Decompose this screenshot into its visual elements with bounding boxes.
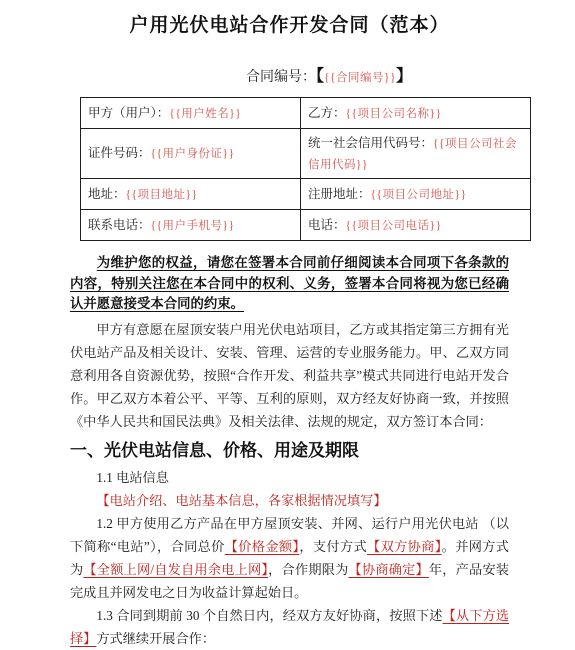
table-row-phones: 联系电话：{{用户手机号}} 电话：{{项目公司电话}} [81,210,531,241]
company-phone-label: 电话： [308,218,346,232]
fill-in-placeholder: {{项目公司名称}} [346,108,442,120]
cell-company-phone: 电话：{{项目公司电话}} [301,210,531,241]
document-title: 户用光伏电站合作开发合同（范本） [70,12,509,40]
cell-id-number: 证件号码：{{用户身份证}} [81,129,301,179]
contact-phone-label: 联系电话： [88,218,151,232]
preamble-paragraph: 甲方有意愿在屋顶安装户用光伏电站项目，乙方或其指定第三方拥有光伏电站产品及相关设… [70,318,509,433]
clause-text: ，合作期限为 [268,562,348,577]
fill-in-placeholder: {{用户姓名}} [169,108,241,120]
cell-credit-code: 统一社会信用代码号：{{项目公司社会信用代码}} [301,129,531,179]
clause-1-2: 1.2 甲方使用乙方产品在甲方屋顶安装、并网、运行户用光伏电站 （以下简称“电站… [70,512,509,604]
fill-in-placeholder: {{用户身份证}} [151,148,235,160]
clause-text: 方式继续开展合作： [96,631,215,646]
clause-1-1: 1.1 电站信息 [70,466,509,489]
credit-code-label: 统一社会信用代码号： [308,136,433,150]
fill-in-placeholder: {{用户手机号}} [151,220,235,232]
contract-number-line: 合同编号：【{{合同编号}}】 [246,67,509,88]
clause-text: ，支付方式 [299,539,367,554]
cell-party-b: 乙方：{{项目公司名称}} [301,98,531,129]
cell-address: 地址：{{项目地址}} [81,179,301,210]
cell-contact-phone: 联系电话：{{用户手机号}} [81,210,301,241]
cell-party-a: 甲方（用户）：{{用户姓名}} [81,98,301,129]
table-row-party-names: 甲方（用户）：{{用户姓名}} 乙方：{{项目公司名称}} [81,98,531,129]
fill-in-placeholder: {{项目公司地址}} [371,189,467,201]
table-row-id-numbers: 证件号码：{{用户身份证}} 统一社会信用代码号：{{项目公司社会信用代码}} [81,129,531,179]
contract-document-page: 户用光伏电站合作开发合同（范本） 合同编号：【{{合同编号}}】 甲方（用户）：… [0,0,575,650]
clause-1-1-fill-note: 【电站介绍、电站基本信息，各家根据情况填写】 [70,489,509,512]
id-number-label: 证件号码： [88,146,151,160]
fill-in-placeholder: 【全额上网/自发自用余电上网】 [83,562,268,577]
contract-number-close-bracket: 】 [396,68,412,85]
fill-in-placeholder: 【双方协商】 [367,539,442,554]
contract-number-label: 合同编号： [246,70,316,85]
table-row-addresses: 地址：{{项目地址}} 注册地址：{{项目公司地址}} [81,179,531,210]
cell-registered-address: 注册地址：{{项目公司地址}} [301,179,531,210]
parties-info-table: 甲方（用户）：{{用户姓名}} 乙方：{{项目公司名称}} 证件号码：{{用户身… [80,97,531,241]
address-label: 地址： [88,187,126,201]
clause-text: 1.3 合同到期前 30 个自然日内，经双方友好协商，按照下述 [96,608,442,623]
contract-number-placeholder: {{合同编号}} [324,72,396,84]
fill-in-placeholder: {{项目公司电话}} [346,220,442,232]
fill-in-placeholder: {{项目地址}} [126,189,198,201]
contract-number-open-bracket: 【 [316,68,324,85]
section-1-heading: 一、光伏电站信息、价格、用途及期限 [70,439,509,463]
party-a-label: 甲方（用户）： [88,106,169,120]
fill-in-placeholder: 【价格金额】 [225,539,300,554]
clause-1-3: 1.3 合同到期前 30 个自然日内，经双方友好协商，按照下述【从下方选择】方式… [70,604,509,650]
signing-notice-paragraph: 为维护您的权益，请您在签署本合同前仔细阅读本合同项下各条款的内容，特别关注您在本… [70,253,509,315]
party-b-label: 乙方： [308,106,346,120]
fill-in-placeholder: 【协商确定】 [349,562,429,577]
registered-address-label: 注册地址： [308,187,371,201]
